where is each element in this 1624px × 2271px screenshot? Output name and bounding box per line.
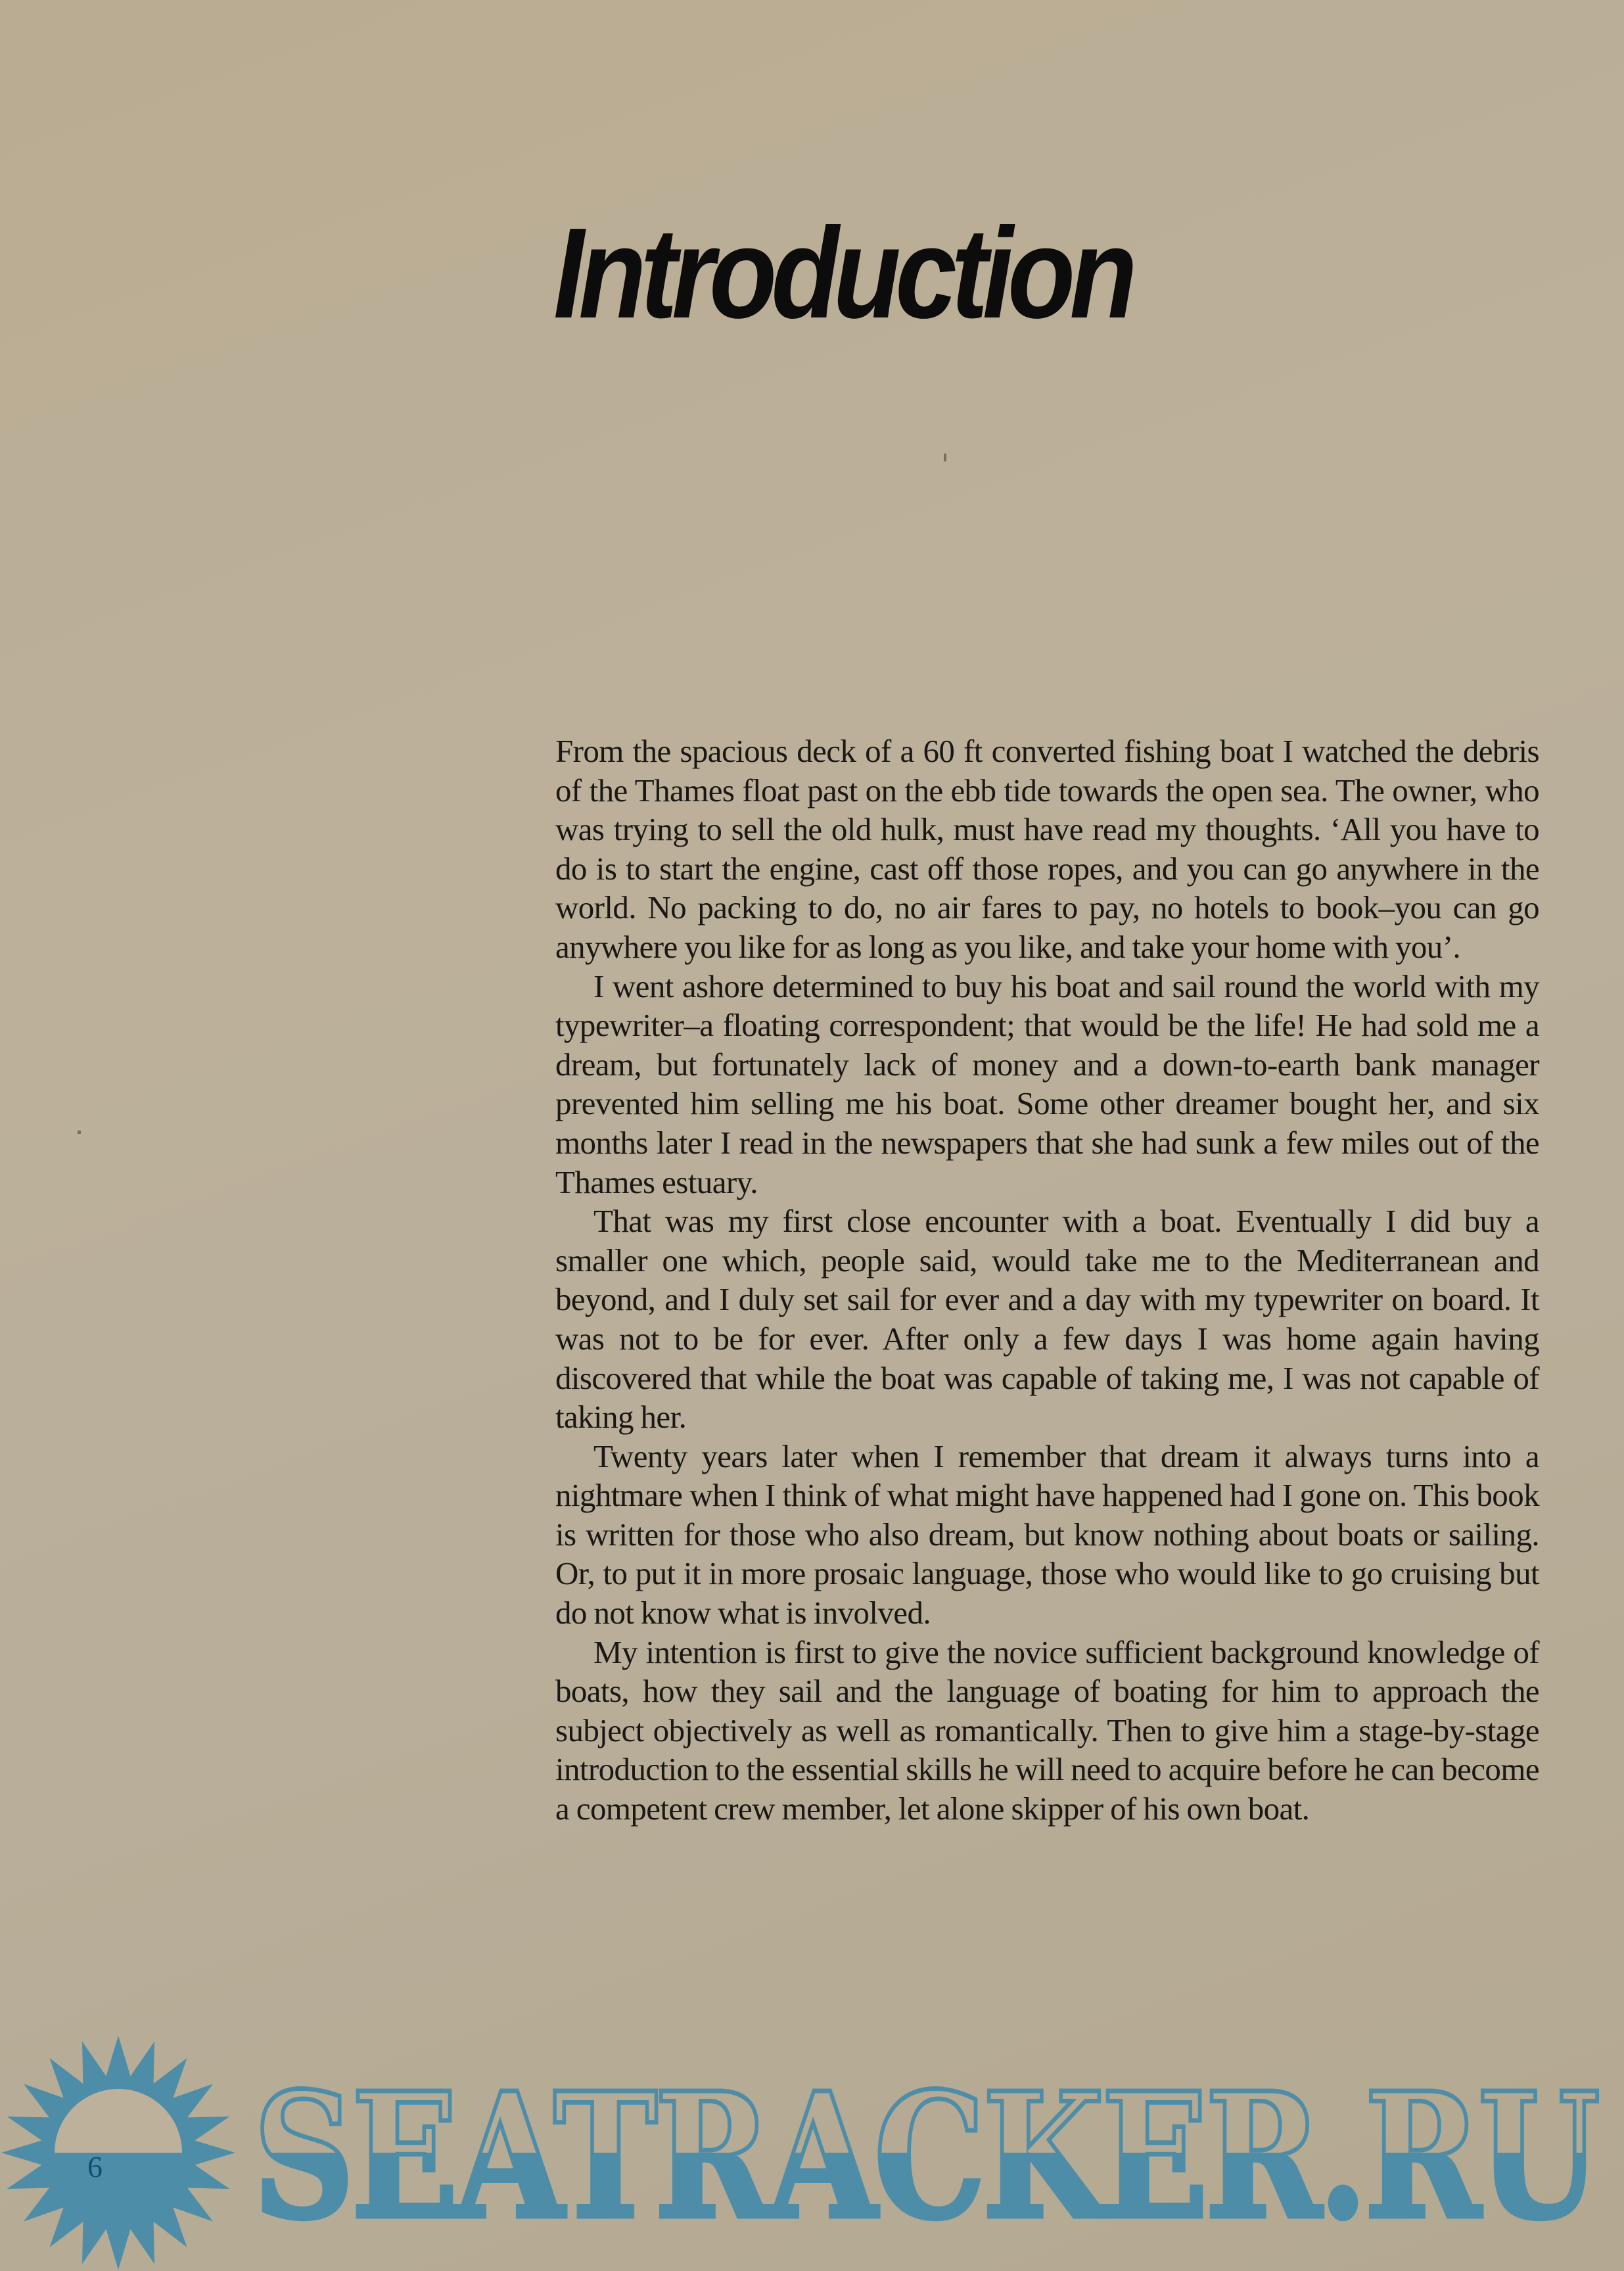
scan-speck	[78, 1131, 81, 1134]
paragraph: Twenty years later when I remember that …	[555, 1437, 1539, 1633]
paragraph: That was my first close encounter with a…	[555, 1202, 1539, 1437]
book-page: Introduction From the spacious deck of a…	[0, 0, 1624, 2271]
paragraph: From the spacious deck of a 60 ft conver…	[555, 732, 1539, 967]
page-number: 6	[87, 2149, 103, 2184]
body-text: From the spacious deck of a 60 ft conver…	[555, 732, 1539, 1829]
sun-icon	[1, 2036, 235, 2270]
paragraph: I went ashore determined to buy his boat…	[555, 967, 1539, 1202]
seatracker-watermark: SEATRACKER.RU SEATRACKER.RU	[0, 2025, 1624, 2271]
page-title: Introduction	[553, 209, 1132, 338]
scan-speck	[944, 454, 946, 461]
paragraph: My intention is first to give the novice…	[555, 1633, 1539, 1829]
watermark-text: SEATRACKER.RU SEATRACKER.RU	[253, 2055, 1598, 2257]
